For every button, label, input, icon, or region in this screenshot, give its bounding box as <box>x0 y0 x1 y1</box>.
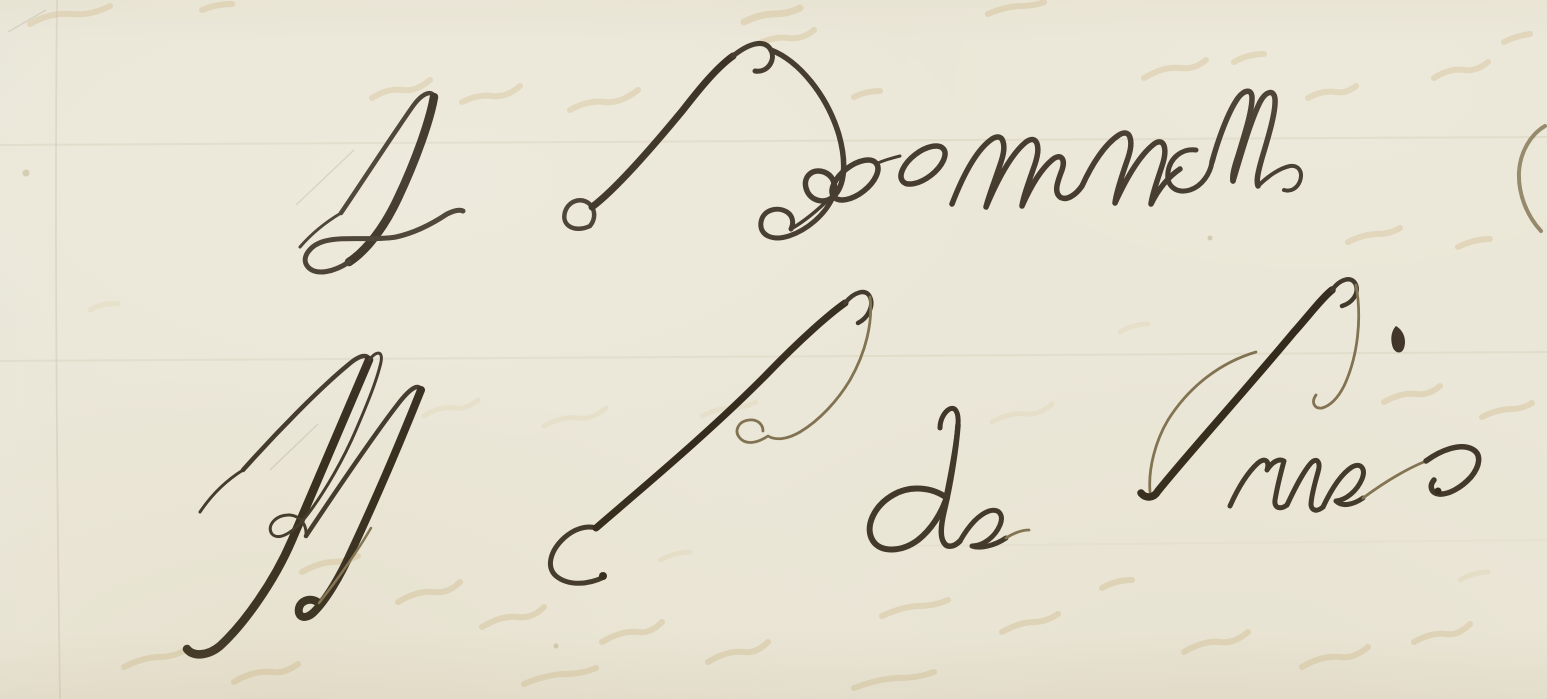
paper-background <box>0 0 1547 699</box>
manuscript-scan: H Boomsma H J de Vries <box>0 0 1547 699</box>
handwriting-layer <box>0 0 1547 699</box>
